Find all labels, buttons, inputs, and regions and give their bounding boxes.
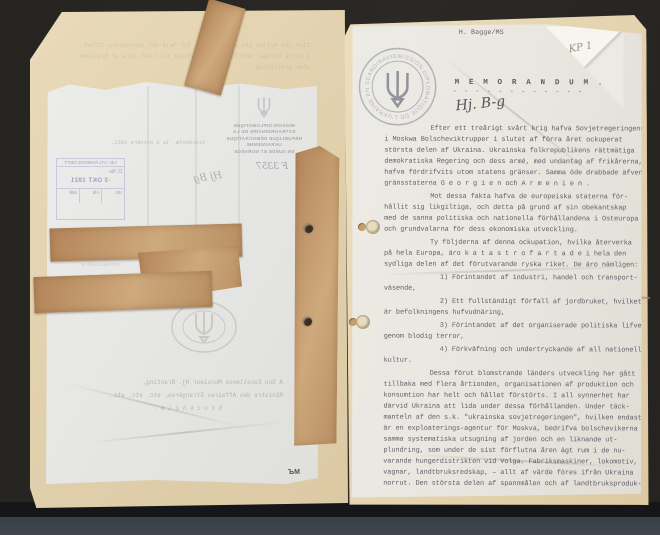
typed-line: vagnar, landtbruksredskap, – allt af vär… xyxy=(383,468,639,480)
typed-line: sydliga delen af det förutvarande ryska … xyxy=(384,260,640,272)
trident-emblem-icon xyxy=(388,71,408,106)
typed-line: på hela Europa, äro k a t a s t r o f a … xyxy=(384,249,640,261)
registry-stamp-cell: Mål xyxy=(57,189,79,203)
address-line: Ministre des Affaires Étrangères, etc. e… xyxy=(93,389,283,402)
typed-line: varande hungerdistrikten vid Volga. Fabr… xyxy=(383,457,639,469)
svg-text:MISSION DIPLOMATIQUE DE L'UKRA: MISSION DIPLOMATIQUE DE L'UKRAINE EN SCA… xyxy=(356,46,430,120)
letterhead-block: MISSION DIPLOMATIQUE EXTRAORDINAIRE DE L… xyxy=(220,96,308,155)
address-block-mirrored: A Son Excellence Monsieur Hj. Branting, … xyxy=(93,376,283,415)
typed-line: genom blodig terror, xyxy=(384,332,640,344)
punch-hole-backing-dot xyxy=(358,223,366,231)
typed-line: tillbaka med flera årtionden, organisati… xyxy=(384,380,640,392)
left-faint-typed-lines-mirrored: tion och hvilka äro af stor vikt för hel… xyxy=(64,40,310,73)
typed-line: 3) Förintandet af det organiserade polit… xyxy=(384,321,640,333)
tape-strip-horizontal-2 xyxy=(33,271,212,313)
typed-line: samma systematiska utsugning af jorden o… xyxy=(383,435,639,447)
punch-hole xyxy=(366,220,380,234)
typed-line: norrut. Den största delen af spannmålen … xyxy=(383,479,639,491)
registry-stamp-date: -3 OKT 1921 xyxy=(57,175,124,188)
typed-line: manteln af den s.k. "ukrainska sovjetreg… xyxy=(383,413,639,425)
typed-line: 2) Ett fullständigt förfall af jordbruke… xyxy=(384,297,640,309)
registry-stamp-title: UD. UTLÄNNINGS DEPT xyxy=(57,159,124,167)
address-line: A Son Excellence Monsieur Hj. Branting, xyxy=(93,376,283,389)
registry-stamp-number-field: D. No xyxy=(57,167,124,175)
trident-emblem-icon xyxy=(196,312,212,342)
letterhead-line: EN SUÈDE ET NORVÈGE xyxy=(220,149,308,155)
memorandum-sheet: H. Bagge/MS KP 1 MISSION DIPLOMATIQUE DE… xyxy=(349,23,643,498)
typed-line: demokratiska Regering och dess armé, med… xyxy=(384,157,640,169)
typed-line: konsumtion har helt och hållet förstörts… xyxy=(384,391,640,403)
memo-title-underline: - - - - - - - - - - - - xyxy=(453,88,584,96)
typed-line: väsende, xyxy=(384,284,640,296)
typed-line: gränsstaterna G e o r g i e n och A r m … xyxy=(384,179,640,191)
faint-typed-line: i östra Europa, bortföras systematiskt t… xyxy=(64,51,310,62)
punch-hole xyxy=(303,317,312,326)
punch-hole xyxy=(304,224,313,233)
typed-line: är befolkningens hufvudnäring, xyxy=(384,308,640,320)
author-annotation: H. Bagge/MS xyxy=(459,29,504,37)
handwritten-initials: Hj. B-g xyxy=(455,93,506,114)
typed-line: är en exploaterings-agentur för Moskva, … xyxy=(383,424,639,436)
pencil-initials: Hj Bg xyxy=(193,170,223,185)
typed-line: i Moskwa Bolscheviktrupper i slutet af f… xyxy=(384,135,640,147)
typed-line: Efter ett treårigt svårt krig hafva Sovj… xyxy=(384,124,640,136)
typed-line: plundring, som under de sist förflutna å… xyxy=(383,446,639,458)
mission-round-stamp: MISSION DIPLOMATIQUE DE L'UKRAINE EN SCA… xyxy=(356,46,438,133)
tape-strip-vertical-edge xyxy=(292,146,339,446)
round-stamp-show-through xyxy=(170,300,238,354)
ink-stamp-mark: ЪM xyxy=(288,469,300,476)
memo-title: M E M O R A N D U M . xyxy=(455,79,605,88)
registry-stamp-cell: Afd xyxy=(79,189,102,203)
pencil-archive-number: F 3357 xyxy=(256,162,288,172)
registry-stamp-box: UD. UTLÄNNINGS DEPT D. No -3 OKT 1921 UD… xyxy=(56,158,125,220)
typed-line: hållit sig likgiltiga, och detta på grun… xyxy=(384,203,640,215)
stamp-ring-text: MISSION DIPLOMATIQUE DE L'UKRAINE EN SCA… xyxy=(356,46,430,120)
archival-scan-page: tion och hvilka äro af stor vikt för hel… xyxy=(0,0,660,535)
date-line-mirrored: Stockholm, le 3 octobre 1921. xyxy=(71,140,205,146)
punch-hole xyxy=(356,315,370,329)
memo-body-text: Efter ett treårigt svårt krig hafva Sovj… xyxy=(383,124,640,491)
typed-line: och grundvalarna för dess ekonomiska utv… xyxy=(384,225,640,237)
registry-stamp-cells: UD Afd Mål xyxy=(57,188,124,203)
punch-hole-backing-dot xyxy=(349,318,357,326)
faint-typed-line: tion och hvilka äro af stor vikt för hel… xyxy=(64,40,310,51)
album-surface xyxy=(0,517,660,535)
typed-line: 4) Förkväfning och undertryckande af all… xyxy=(384,345,640,357)
letterhead-line: RÉPUBLIQUE DÉMOCRATIQUE UKRAINIENNE xyxy=(220,136,308,149)
address-line: S t o c k h o l m . xyxy=(93,402,283,415)
typed-line: Ty följderna af denna ockupation, hvilka… xyxy=(384,238,640,250)
typed-line: 1) Förintandet af industri, handel och t… xyxy=(384,273,640,285)
typed-line: därvid Ukraina att lida under dessa förh… xyxy=(383,402,639,414)
registry-stamp-cell: UD xyxy=(101,189,124,203)
typed-line: största delen af Ukraina. Ukrainska folk… xyxy=(384,146,640,158)
letterhead-line: EXTRAORDINAIRE DE LA xyxy=(220,129,308,135)
typed-line: Mot dessa fakta hafva de europeiska stat… xyxy=(384,192,640,204)
typed-line: Dessa förut blomstrande länders utveckli… xyxy=(384,369,640,381)
trident-emblem-icon xyxy=(255,96,273,118)
typed-line: med de sanna politiska och nationella fö… xyxy=(384,214,640,226)
typed-line: hafva fördrifvits utom statens gränser. … xyxy=(384,168,640,180)
typed-line: kultur. xyxy=(384,356,640,368)
